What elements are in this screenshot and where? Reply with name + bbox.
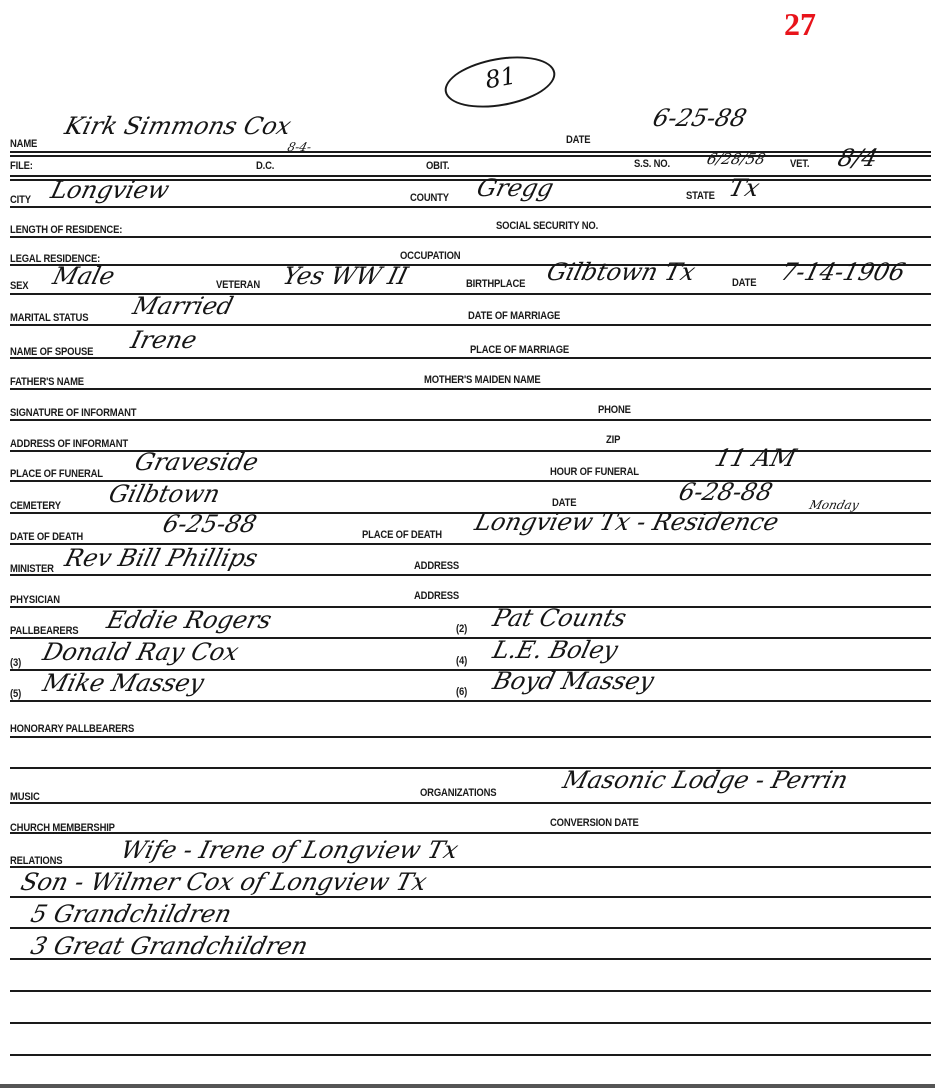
minister-value: Rev Bill Phillips: [62, 544, 261, 572]
row-divider: [10, 927, 931, 929]
row-divider: [10, 357, 931, 359]
pallbearer-2: Pat Counts: [490, 604, 629, 632]
marital-status-label: MARITAL STATUS: [10, 312, 88, 324]
place-of-death-label: PLACE OF DEATH: [362, 529, 442, 541]
name-value: Kirk Simmons Cox: [62, 112, 294, 140]
county-value: Gregg: [474, 174, 557, 202]
mothers-maiden-name-label: MOTHER'S MAIDEN NAME: [424, 374, 541, 386]
date-of-death-label: DATE OF DEATH: [10, 531, 83, 543]
veteran-value: Yes WW II: [280, 262, 411, 290]
place-of-funeral-label: PLACE OF FUNERAL: [10, 468, 103, 480]
address-of-informant-label: ADDRESS OF INFORMANT: [10, 438, 128, 450]
row-divider: [10, 206, 931, 208]
vet-value: 8/4: [835, 144, 881, 172]
row-divider: [10, 736, 931, 738]
row-divider: [10, 151, 931, 153]
length-of-residence-label: LENGTH OF RESIDENCE:: [10, 224, 122, 236]
pallbearer-5: Mike Massey: [40, 669, 207, 697]
circled-number-text: 81: [483, 61, 518, 94]
birthplace-label: BIRTHPLACE: [466, 278, 525, 290]
row-divider: [10, 700, 931, 702]
organizations-label: ORGANIZATIONS: [420, 787, 496, 799]
row-divider: [10, 1022, 931, 1024]
phone-label: PHONE: [598, 404, 631, 416]
funeral-day-note: Monday: [808, 498, 860, 512]
row-divider: [10, 236, 931, 238]
pallbearer-4-num: (4): [456, 655, 467, 667]
pallbearer-3-num: (3): [10, 657, 21, 669]
sex-value: Male: [50, 262, 118, 290]
state-value: Tx: [726, 174, 763, 202]
relations-line-2: Son - Wilmer Cox of Longview Tx: [18, 868, 430, 896]
pallbearers-label: PALLBEARERS: [10, 625, 78, 637]
dc-label: D.C.: [256, 160, 274, 172]
date-label: DATE: [566, 134, 590, 146]
relations-line-4: 3 Great Grandchildren: [28, 932, 311, 960]
relations-line-3: 5 Grandchildren: [28, 900, 234, 928]
fathers-name-label: FATHER'S NAME: [10, 376, 84, 388]
hour-of-funeral-value: 11 AM: [712, 444, 799, 472]
organizations-value: Masonic Lodge - Perrin: [560, 766, 851, 794]
zip-label: ZIP: [606, 434, 620, 446]
physician-label: PHYSICIAN: [10, 594, 60, 606]
page-number: 27: [784, 6, 816, 43]
row-divider: [10, 388, 931, 390]
row-divider: [10, 832, 931, 834]
conversion-date-label: CONVERSION DATE: [550, 817, 639, 829]
funeral-date-value: 6-28-88: [676, 478, 776, 506]
signature-of-informant-label: SIGNATURE OF INFORMANT: [10, 407, 136, 419]
row-divider: [10, 1054, 931, 1056]
date-of-death-value: 6-25-88: [160, 510, 260, 538]
cemetery-value: Gilbtown: [106, 480, 223, 508]
veteran-label: VETERAN: [216, 279, 260, 291]
pallbearer-6: Boyd Massey: [490, 667, 657, 695]
vet-label: VET.: [790, 158, 809, 170]
birth-date-value: 7-14-1906: [778, 258, 908, 286]
city-value: Longview: [48, 176, 172, 204]
file-label: FILE:: [10, 160, 33, 172]
row-divider: [10, 958, 931, 960]
county-label: COUNTY: [410, 192, 449, 204]
city-label: CITY: [10, 194, 31, 206]
row-divider: [10, 802, 931, 804]
physician-address-label: ADDRESS: [414, 590, 459, 602]
name-label: NAME: [10, 138, 37, 150]
place-of-marriage-label: PLACE OF MARRIAGE: [470, 344, 569, 356]
birth-date-label: DATE: [732, 277, 756, 289]
social-security-no-label: SOCIAL SECURITY NO.: [496, 220, 598, 232]
honorary-pallbearers-label: HONORARY PALLBEARERS: [10, 723, 134, 735]
sex-label: SEX: [10, 280, 28, 292]
minister-address-label: ADDRESS: [414, 560, 459, 572]
pallbearer-2-num: (2): [456, 623, 467, 635]
place-of-funeral-value: Graveside: [132, 448, 261, 476]
place-of-death-value: Longview Tx - Residence: [472, 508, 782, 536]
pallbearer-3: Donald Ray Cox: [40, 638, 242, 666]
obit-label: OBIT.: [426, 160, 449, 172]
cemetery-label: CEMETERY: [10, 500, 61, 512]
ss-no-value: 6/28/58: [705, 150, 767, 168]
hour-of-funeral-label: HOUR OF FUNERAL: [550, 466, 639, 478]
dc-value: 8-4-: [286, 140, 313, 154]
pallbearer-4: L.E. Boley: [490, 636, 621, 664]
occupation-label: OCCUPATION: [400, 250, 460, 262]
row-divider: [10, 512, 931, 514]
date-of-marriage-label: DATE OF MARRIAGE: [468, 310, 560, 322]
state-label: STATE: [686, 190, 715, 202]
date-value: 6-25-88: [650, 104, 750, 132]
relations-line-1: Wife - Irene of Longview Tx: [118, 836, 461, 864]
ss-no-label: S.S. NO.: [634, 158, 670, 170]
pallbearer-5-num: (5): [10, 688, 21, 700]
birthplace-value: Gilbtown Tx: [544, 258, 698, 286]
row-divider: [10, 574, 931, 576]
pallbearer-6-num: (6): [456, 686, 467, 698]
row-divider: [10, 419, 931, 421]
circled-number: 81: [441, 49, 560, 116]
marital-status-value: Married: [130, 292, 236, 320]
name-of-spouse-value: Irene: [128, 326, 200, 354]
pallbearer-1: Eddie Rogers: [104, 606, 275, 634]
row-divider: [10, 896, 931, 898]
bottom-edge: [0, 1084, 935, 1088]
row-divider: [10, 990, 931, 992]
